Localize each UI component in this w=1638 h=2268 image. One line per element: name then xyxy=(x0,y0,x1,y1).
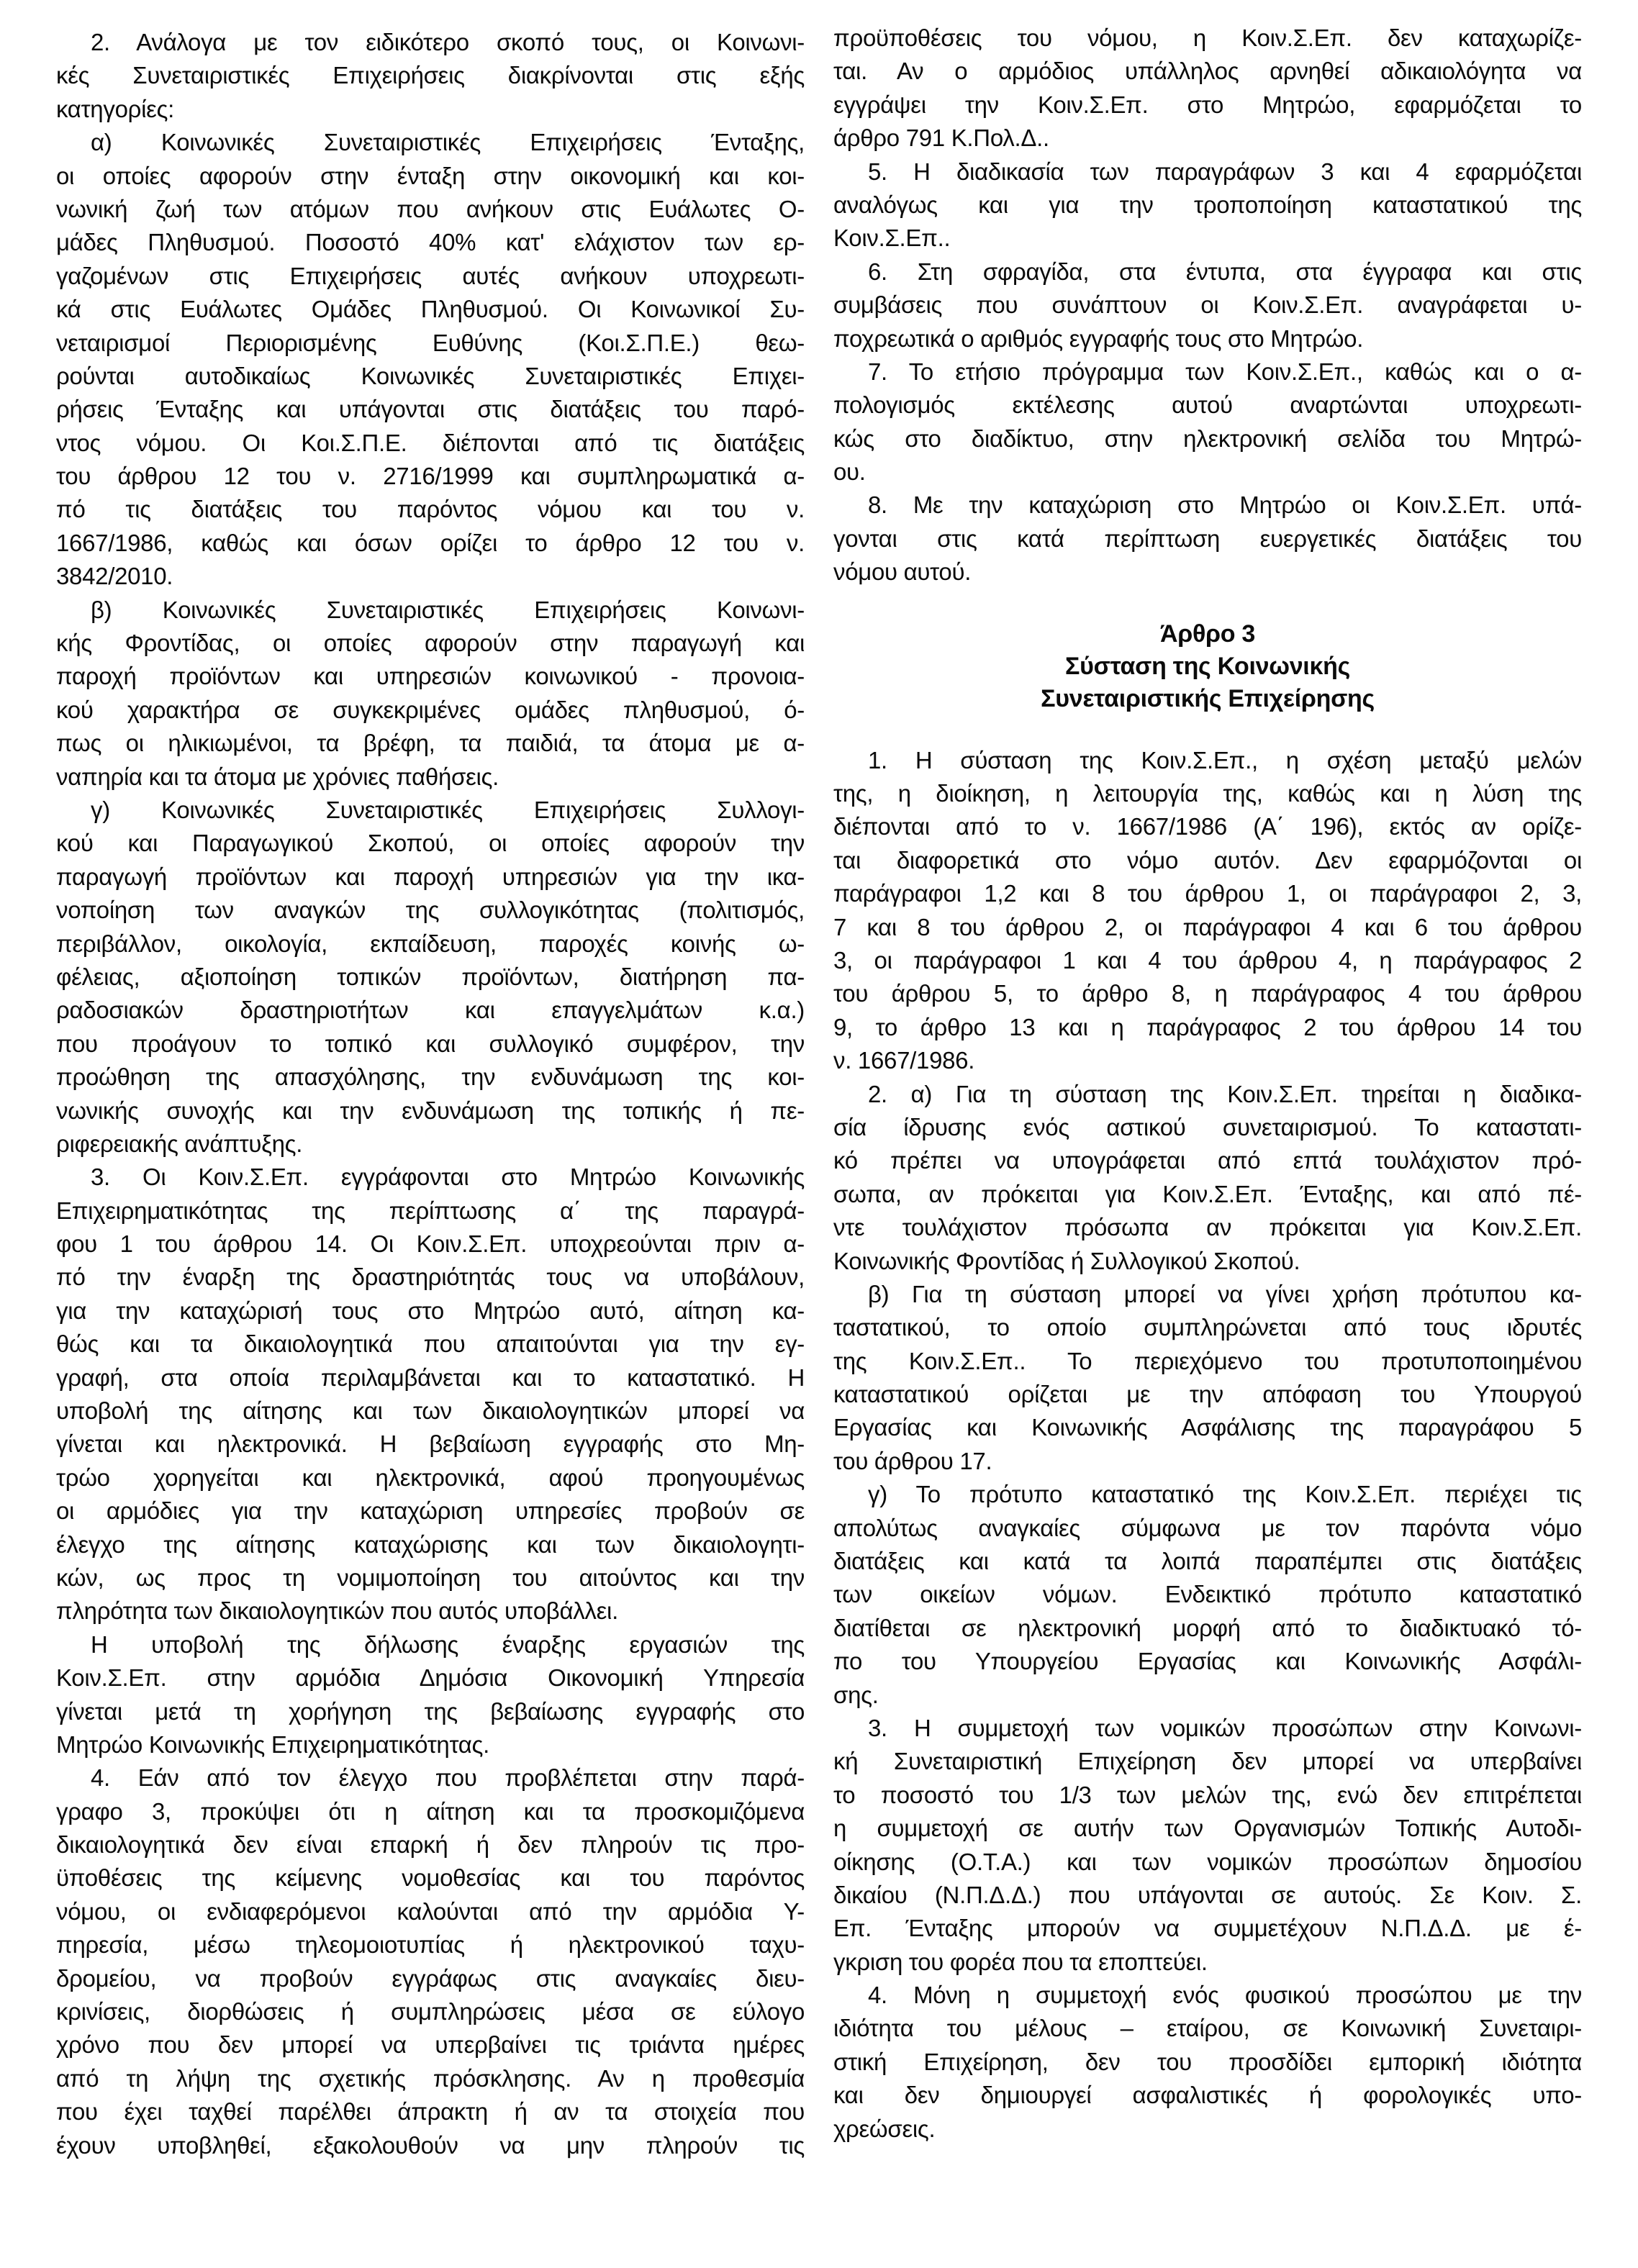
text-line: κές Συνεταιριστικές Επιχειρήσεις διακρίν… xyxy=(56,59,805,92)
text-line: δρομείου, να προβούν εγγράφως στις αναγκ… xyxy=(56,1962,805,1995)
text-line: ποχρεωτικά ο αριθμός εγγραφής τους στο Μ… xyxy=(833,322,1582,355)
text-line: α) Κοινωνικές Συνεταιριστικές Επιχειρήσε… xyxy=(56,126,805,159)
text-line: πο του Υπουργείου Εργασίας και Κοινωνική… xyxy=(833,1645,1582,1678)
text-line: νωνική ζωή των ατόμων που ανήκουν στις Ε… xyxy=(56,193,805,226)
text-line: που προάγουν το τοπικό και συλλογικό συμ… xyxy=(56,1028,805,1061)
text-line: παράγραφοι 1,2 και 8 του άρθρου 1, οι πα… xyxy=(833,877,1582,910)
text-line: Η υποβολή της δήλωσης έναρξης εργασιών τ… xyxy=(56,1628,805,1661)
text-line: περιβάλλον, οικολογία, εκπαίδευση, παροχ… xyxy=(56,927,805,961)
text-line: πηρεσία, μέσω τηλεομοιοτυπίας ή ηλεκτρον… xyxy=(56,1928,805,1961)
text-line: 2. Ανάλογα με τον ειδικότερο σκοπό τους,… xyxy=(56,26,805,59)
text-line: στική Επιχείρηση, δεν του προσδίδει εμπο… xyxy=(833,2046,1582,2079)
text-line: παραγωγή προϊόντων και παροχή υπηρεσιών … xyxy=(56,861,805,894)
text-line: των οικείων νόμων. Ενδεικτικό πρότυπο κα… xyxy=(833,1578,1582,1611)
text-line: 6. Στη σφραγίδα, στα έντυπα, στα έγγραφα… xyxy=(833,255,1582,289)
text-line: 8. Με την καταχώριση στο Μητρώο οι Κοιν.… xyxy=(833,489,1582,522)
text-line: γίνεται μετά τη χορήγηση της βεβαίωσης ε… xyxy=(56,1695,805,1728)
text-line: γραφο 3, προκύψει ότι η αίτηση και τα πρ… xyxy=(56,1795,805,1828)
text-line: άρθρο 791 Κ.Πολ.Δ.. xyxy=(833,122,1582,155)
text-line: κού χαρακτήρα σε συγκεκριμένες ομάδες πλ… xyxy=(56,694,805,727)
text-line: 3. Η συμμετοχή των νομικών προσώπων στην… xyxy=(833,1712,1582,1745)
text-line: Μητρώο Κοινωνικής Επιχειρηματικότητας. xyxy=(56,1728,805,1761)
left-column: 2. Ανάλογα με τον ειδικότερο σκοπό τους,… xyxy=(56,26,805,2162)
text-line: καταστατικού ορίζεται με την απόφαση του… xyxy=(833,1378,1582,1411)
text-line: φου 1 του άρθρου 14. Οι Κοιν.Σ.Επ. υποχρ… xyxy=(56,1228,805,1261)
text-line: ναπηρία και τα άτομα με χρόνιες παθήσεις… xyxy=(56,761,805,794)
text-line: γ) Κοινωνικές Συνεταιριστικές Επιχειρήσε… xyxy=(56,794,805,827)
text-line: πολογισμός εκτέλεσης αυτού αναρτώνται υπ… xyxy=(833,389,1582,422)
text-line: από τη λήψη της σχετικής πρόσκλησης. Αν … xyxy=(56,2062,805,2095)
text-line: 4. Μόνη η συμμετοχή ενός φυσικού προσώπο… xyxy=(833,1979,1582,2012)
text-line: δικαιολογητικά δεν είναι επαρκή ή δεν πλ… xyxy=(56,1828,805,1861)
text-line: 3842/2010. xyxy=(56,560,805,593)
text-line: σης. xyxy=(833,1679,1582,1712)
text-line: έλεγχο της αίτησης καταχώρισης και των δ… xyxy=(56,1528,805,1561)
text-line: Κοιν.Σ.Επ.. xyxy=(833,222,1582,255)
text-line: β) Κοινωνικές Συνεταιριστικές Επιχειρήσε… xyxy=(56,594,805,627)
text-line: 9, το άρθρο 13 και η παράγραφος 2 του άρ… xyxy=(833,1011,1582,1044)
text-line: κό πρέπει να υπογράφεται από επτά τουλάχ… xyxy=(833,1144,1582,1177)
text-line: γονται στις κατά περίπτωση ευεργετικές δ… xyxy=(833,522,1582,555)
text-line: χρόνο που δεν μπορεί να υπερβαίνει τις τ… xyxy=(56,2028,805,2061)
text-line: ϋποθέσεις της κείμενης νομοθεσίας και το… xyxy=(56,1861,805,1895)
text-line: γ) Το πρότυπο καταστατικό της Κοιν.Σ.Επ.… xyxy=(833,1478,1582,1511)
text-line: 1667/1986, καθώς και όσων ορίζει το άρθρ… xyxy=(56,527,805,560)
text-line: 7 και 8 του άρθρου 2, οι παράγραφοι 4 κα… xyxy=(833,911,1582,944)
text-line: νόμου, οι ενδιαφερόμενοι καλούνται από τ… xyxy=(56,1895,805,1928)
text-line: κή Συνεταιριστική Επιχείρηση δεν μπορεί … xyxy=(833,1745,1582,1778)
right-column: προϋποθέσεις του νόμου, η Κοιν.Σ.Επ. δεν… xyxy=(833,22,1582,2146)
text-line: διέπονται από το ν. 1667/1986 (Α΄ 196), … xyxy=(833,810,1582,843)
text-line: πό την έναρξη της δραστηριότητάς τους να… xyxy=(56,1261,805,1294)
article-heading: Άρθρο 3Σύσταση της ΚοινωνικήςΣυνεταιριστ… xyxy=(833,618,1582,715)
text-line: εγγράψει την Κοιν.Σ.Επ. στο Μητρώο, εφαρ… xyxy=(833,89,1582,122)
text-line: κού και Παραγωγικού Σκοπού, οι οποίες αφ… xyxy=(56,827,805,860)
text-line: δικαίου (Ν.Π.Δ.Δ.) που υπάγονται σε αυτο… xyxy=(833,1879,1582,1912)
text-line: ται. Αν ο αρμόδιος υπάλληλος αρνηθεί αδι… xyxy=(833,55,1582,88)
text-line: β) Για τη σύσταση μπορεί να γίνει χρήση … xyxy=(833,1278,1582,1311)
text-line: της, η διοίκηση, η λειτουργία της, καθώς… xyxy=(833,777,1582,810)
text-line: ραδοσιακών δραστηριοτήτων και επαγγελμάτ… xyxy=(56,994,805,1027)
text-line: και δεν δημιουργεί ασφαλιστικές ή φορολο… xyxy=(833,2079,1582,2112)
text-line: θώς και τα δικαιολογητικά που απαιτούντα… xyxy=(56,1328,805,1361)
text-line: διατάξεις και κατά τα λοιπά παραπέμπει σ… xyxy=(833,1545,1582,1578)
text-line: 3. Οι Κοιν.Σ.Επ. εγγράφονται στο Μητρώο … xyxy=(56,1161,805,1194)
text-line: ντος νόμου. Οι Κοι.Σ.Π.Ε. διέπονται από … xyxy=(56,427,805,460)
text-line: ρήσεις Ένταξης και υπάγονται στις διατάξ… xyxy=(56,393,805,426)
text-line: που έχει ταχθεί παρέλθει άπρακτη ή αν τα… xyxy=(56,2095,805,2128)
text-line: του άρθρου 12 του ν. 2716/1999 και συμπλ… xyxy=(56,460,805,493)
text-line: Επ. Ένταξης μπορούν να συμμετέχουν Ν.Π.Δ… xyxy=(833,1912,1582,1945)
text-line: του άρθρου 5, το άρθρο 8, η παράγραφος 4… xyxy=(833,977,1582,1010)
text-line: 5. Η διαδικασία των παραγράφων 3 και 4 ε… xyxy=(833,155,1582,189)
text-line: 1. Η σύσταση της Κοιν.Σ.Επ., η σχέση μετ… xyxy=(833,744,1582,777)
text-line: Επιχειρηματικότητας της περίπτωσης α΄ τη… xyxy=(56,1194,805,1228)
text-line: νωνικής συνοχής και την ενδυνάμωση της τ… xyxy=(56,1094,805,1128)
text-line: κά στις Ευάλωτες Ομάδες Πληθυσμού. Οι Κο… xyxy=(56,293,805,326)
text-line: συμβάσεις που συνάπτουν οι Κοιν.Σ.Επ. αν… xyxy=(833,289,1582,322)
heading-line: Συνεταιριστικής Επιχείρησης xyxy=(833,683,1582,715)
text-line: γαζομένων στις Επιχειρήσεις αυτές ανήκου… xyxy=(56,260,805,293)
text-line: σία ίδρυσης ενός αστικού συνεταιρισμού. … xyxy=(833,1111,1582,1144)
text-line: παροχή προϊόντων και υπηρεσιών κοινωνικο… xyxy=(56,660,805,693)
text-line: ντε τουλάχιστον πρόσωπα αν πρόκειται για… xyxy=(833,1211,1582,1244)
text-line: κών, ως προς τη νομιμοποίηση του αιτούντ… xyxy=(56,1561,805,1595)
text-line: κρινίσεις, διορθώσεις ή συμπληρώσεις μέσ… xyxy=(56,1995,805,2028)
text-line: Εργασίας και Κοινωνικής Ασφάλισης της πα… xyxy=(833,1411,1582,1444)
text-line: 4. Εάν από τον έλεγχο που προβλέπεται στ… xyxy=(56,1761,805,1795)
text-line: οι οποίες αφορούν στην ένταξη στην οικον… xyxy=(56,160,805,193)
text-line: 2. α) Για τη σύσταση της Κοιν.Σ.Επ. τηρε… xyxy=(833,1078,1582,1111)
text-line: η συμμετοχή σε αυτήν των Οργανισμών Τοπι… xyxy=(833,1812,1582,1845)
text-line: 3, οι παράγραφοι 1 και 4 του άρθρου 4, η… xyxy=(833,944,1582,977)
text-line: γραφή, στα οποία περιλαμβάνεται και το κ… xyxy=(56,1361,805,1394)
text-line: κής Φροντίδας, οι οποίες αφορούν στην πα… xyxy=(56,627,805,660)
text-line: κώς στο διαδίκτυο, στην ηλεκτρονική σελί… xyxy=(833,422,1582,455)
text-line: ου. xyxy=(833,455,1582,489)
text-line: Κοιν.Σ.Επ. στην αρμόδια Δημόσια Οικονομι… xyxy=(56,1661,805,1695)
text-line: τρώο χορηγείται και ηλεκτρονικά, αφού πρ… xyxy=(56,1461,805,1494)
text-line: νεταιρισμοί Περιορισμένης Ευθύνης (Κοι.Σ… xyxy=(56,327,805,360)
text-line: νόμου αυτού. xyxy=(833,555,1582,589)
text-line: ριφερειακής ανάπτυξης. xyxy=(56,1128,805,1161)
text-line: κατηγορίες: xyxy=(56,93,805,126)
text-line: νοποίηση των αναγκών της συλλογικότητας … xyxy=(56,894,805,927)
scanned-page: 2. Ανάλογα με τον ειδικότερο σκοπό τους,… xyxy=(0,0,1638,2268)
text-line: για την καταχώρισή τους στο Μητρώο αυτό,… xyxy=(56,1294,805,1328)
text-line: ρούνται αυτοδικαίως Κοινωνικές Συνεταιρι… xyxy=(56,360,805,393)
text-line: προϋποθέσεις του νόμου, η Κοιν.Σ.Επ. δεν… xyxy=(833,22,1582,55)
text-line: μάδες Πληθυσμού. Ποσοστό 40% κατ' ελάχισ… xyxy=(56,226,805,259)
text-line: διατίθεται σε ηλεκτρονική μορφή από το δ… xyxy=(833,1612,1582,1645)
text-line: φέλειας, αξιοποίηση τοπικών προϊόντων, δ… xyxy=(56,961,805,994)
text-line: οι αρμόδιες για την καταχώριση υπηρεσίες… xyxy=(56,1494,805,1528)
text-line: της Κοιν.Σ.Επ.. Το περιεχόμενο του προτυ… xyxy=(833,1345,1582,1378)
text-line: προώθηση της απασχόλησης, την ενδυνάμωση… xyxy=(56,1061,805,1094)
text-line: Κοινωνικής Φροντίδας ή Συλλογικού Σκοπού… xyxy=(833,1245,1582,1278)
text-line: ιδιότητα του μέλους – εταίρου, σε Κοινων… xyxy=(833,2012,1582,2045)
text-line: ν. 1667/1986. xyxy=(833,1044,1582,1077)
text-line: έχουν υποβληθεί, εξακολουθούν να μην πλη… xyxy=(56,2129,805,2162)
text-line: πληρότητα των δικαιολογητικών που αυτός … xyxy=(56,1595,805,1628)
text-line: 7. Το ετήσιο πρόγραμμα των Κοιν.Σ.Επ., κ… xyxy=(833,355,1582,389)
text-line: πό τις διατάξεις του παρόντος νόμου και … xyxy=(56,493,805,526)
text-line: του άρθρου 17. xyxy=(833,1445,1582,1478)
text-line: ταστατικού, το οποίο συμπληρώνεται από τ… xyxy=(833,1311,1582,1344)
heading-line: Άρθρο 3 xyxy=(833,618,1582,650)
text-line: γκριση του φορέα που τα εποπτεύει. xyxy=(833,1946,1582,1979)
text-line: πως οι ηλικιωμένοι, τα βρέφη, τα παιδιά,… xyxy=(56,727,805,760)
text-line: οίκησης (Ο.Τ.Α.) και των νομικών προσώπω… xyxy=(833,1846,1582,1879)
text-line: ται διαφορετικά στο νόμο αυτόν. Δεν εφαρ… xyxy=(833,844,1582,877)
text-line: το ποσοστό του 1/3 των μελών της, ενώ δε… xyxy=(833,1779,1582,1812)
heading-line: Σύσταση της Κοινωνικής xyxy=(833,650,1582,683)
text-line: αναλόγως και για την τροποποίηση καταστα… xyxy=(833,189,1582,222)
text-line: απολύτως αναγκαίες σύμφωνα με τον παρόντ… xyxy=(833,1512,1582,1545)
text-line: υποβολή της αίτησης και των δικαιολογητι… xyxy=(56,1394,805,1428)
text-line: σωπα, αν πρόκειται για Κοιν.Σ.Επ. Ένταξη… xyxy=(833,1178,1582,1211)
text-line: χρεώσεις. xyxy=(833,2113,1582,2146)
text-line: γίνεται και ηλεκτρονικά. Η βεβαίωση εγγρ… xyxy=(56,1428,805,1461)
